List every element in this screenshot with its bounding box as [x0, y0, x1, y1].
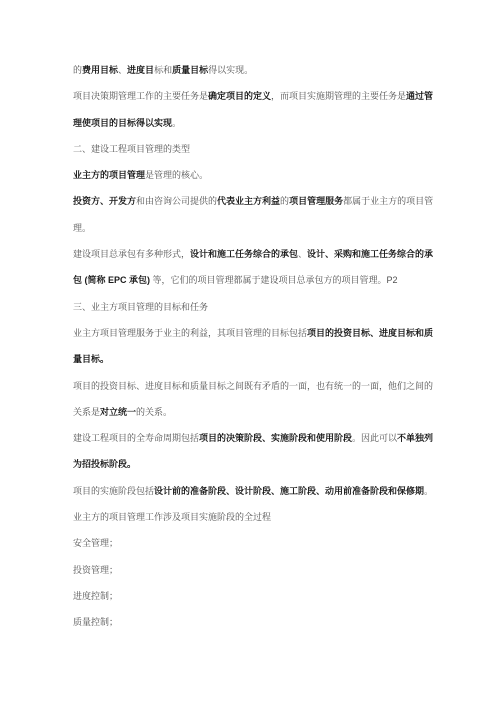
text-run: 业主方项目管理服务于业主的利益，其项目管理的目标包括 [73, 328, 307, 338]
text-run: 是管理的核心。 [145, 170, 208, 180]
bold-text-run: 代表业主方利益 [217, 196, 280, 206]
text-run: 的关系。 [136, 407, 172, 417]
bold-text-run: 确定项目的定义 [208, 91, 271, 101]
bold-text-run: 通过管 [406, 91, 433, 101]
bold-text-run: 项目管理服务 [289, 196, 343, 206]
text-line: 质量控制； [73, 609, 435, 635]
text-line: 的费用目标、进度目标和质量目标得以实现。 [73, 57, 435, 83]
text-line: 理使项目的目标得以实现。 [73, 110, 435, 136]
bold-text-run: 业主方的项目管理 [73, 170, 145, 180]
text-run: 的 [280, 196, 289, 206]
text-run: 得以实现。 [208, 65, 253, 75]
document-text-block: 的费用目标、进度目标和质量目标得以实现。项目决策期管理工作的主要任务是确定项目的… [73, 57, 435, 636]
text-line: 为招投标阶段。 [73, 451, 435, 477]
text-line: 包 (简称 EPC 承包) 等，它们的项目管理都属于建设项目总承包方的项目管理。… [73, 267, 435, 293]
text-line: 理。 [73, 215, 435, 241]
document-lines: 的费用目标、进度目标和质量目标得以实现。项目决策期管理工作的主要任务是确定项目的… [73, 57, 435, 636]
bold-text-run: 质量目标 [172, 65, 208, 75]
text-run: 项目决策期管理工作的主要任务是 [73, 91, 208, 101]
text-run: 建设项目总承包有多种形式， [73, 249, 190, 259]
text-line: 量目标。 [73, 346, 435, 372]
text-run: 和由咨询公司提供的 [136, 196, 217, 206]
bold-text-run: 对立统一 [100, 407, 136, 417]
bold-text-run: 设计和施工任务综合的承包 [190, 249, 298, 259]
text-run: 、 [118, 65, 127, 75]
bold-text-run: 设计前的准备阶段、设计阶段、施工阶段、动用前准备阶段和保修期 [154, 486, 424, 496]
text-run: 的 [73, 65, 82, 75]
text-run: 二、建设工程项目管理的类型 [73, 144, 190, 154]
text-run: 。 [172, 118, 181, 128]
text-run: 质量控制； [73, 617, 118, 627]
bold-text-run: 不单独列 [397, 433, 433, 443]
text-line: 进度控制； [73, 583, 435, 609]
text-run: 关系是 [73, 407, 100, 417]
text-line: 业主方的项目管理工作涉及项目实施阶段的全过程 [73, 504, 435, 530]
text-line: 建设工程项目的全寿命周期包括项目的决策阶段、实施阶段和使用阶段。因此可以不单独列 [73, 425, 435, 451]
text-line: 关系是对立统一的关系。 [73, 399, 435, 425]
bold-text-run: 投资方、开发方 [73, 196, 136, 206]
text-line: 三、业主方项目管理的目标和任务 [73, 294, 435, 320]
text-line: 安全管理； [73, 530, 435, 556]
text-run: 业主方的项目管理工作涉及项目实施阶段的全过程 [73, 512, 271, 522]
text-line: 业主方项目管理服务于业主的利益，其项目管理的目标包括项目的投资目标、进度目标和质 [73, 320, 435, 346]
text-line: 项目的实施阶段包括设计前的准备阶段、设计阶段、施工阶段、动用前准备阶段和保修期。 [73, 478, 435, 504]
text-run: 项目的投资目标、进度目标和质量目标之间既有矛盾的一面，也有统一的一面，他们之间的 [73, 381, 433, 391]
text-run: 等，它们的项目管理都属于建设项目总承包方的项目管理。P2 [153, 275, 398, 285]
bold-text-run: 进度目 [127, 65, 154, 75]
text-run: 标和 [154, 65, 172, 75]
text-line: 业主方的项目管理是管理的核心。 [73, 162, 435, 188]
text-line: 项目的投资目标、进度目标和质量目标之间既有矛盾的一面，也有统一的一面，他们之间的 [73, 373, 435, 399]
text-line: 项目决策期管理工作的主要任务是确定项目的定义，而项目实施期管理的主要任务是通过管 [73, 83, 435, 109]
bold-text-run: 包 (简称 EPC 承包) [73, 275, 153, 285]
text-run: 、 [298, 249, 307, 259]
text-run: 安全管理； [73, 538, 118, 548]
document-page: 的费用目标、进度目标和质量目标得以实现。项目决策期管理工作的主要任务是确定项目的… [0, 0, 496, 701]
text-line: 二、建设工程项目管理的类型 [73, 136, 435, 162]
text-line: 投资管理； [73, 557, 435, 583]
text-run: 项目的实施阶段包括 [73, 486, 154, 496]
text-run: 都属于业主方的项目管 [343, 196, 433, 206]
text-run: 。因此可以 [352, 433, 397, 443]
text-run: 理。 [73, 223, 91, 233]
bold-text-run: 设计、采购和施工任务综合的承 [307, 249, 433, 259]
text-run: 进度控制； [73, 591, 118, 601]
text-line: 建设项目总承包有多种形式，设计和施工任务综合的承包、设计、采购和施工任务综合的承 [73, 241, 435, 267]
text-run: 建设工程项目的全寿命周期包括 [73, 433, 199, 443]
text-run: ，而项目实施期管理的主要任务是 [271, 91, 406, 101]
text-run: 投资管理； [73, 565, 118, 575]
bold-text-run: 为招投标阶段。 [73, 459, 136, 469]
text-run: 。 [424, 486, 433, 496]
bold-text-run: 量目标。 [73, 354, 109, 364]
bold-text-run: 项目的决策阶段、实施阶段和使用阶段 [199, 433, 352, 443]
bold-text-run: 项目的投资目标、进度目标和质 [307, 328, 433, 338]
text-run: 三、业主方项目管理的目标和任务 [73, 302, 208, 312]
bold-text-run: 理使项目的目标得以实现 [73, 118, 172, 128]
bold-text-run: 费用目标 [82, 65, 118, 75]
text-line: 投资方、开发方和由咨询公司提供的代表业主方利益的项目管理服务都属于业主方的项目管 [73, 188, 435, 214]
